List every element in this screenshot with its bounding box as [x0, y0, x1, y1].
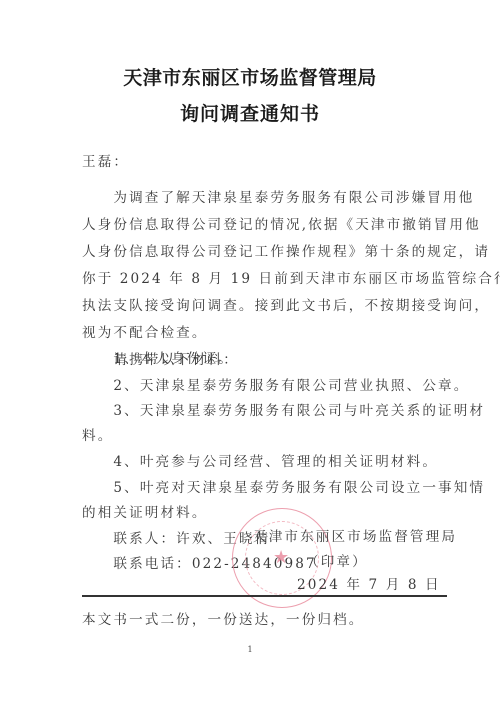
material-item: 5、叶亮对天津泉星泰劳务服务有限公司设立一事知情 [82, 476, 485, 496]
material-item: 3、天津泉星泰劳务服务有限公司与叶亮关系的证明材 [82, 399, 485, 419]
paragraph-line: 人身份信息取得公司登记的情况,依据《天津市撤销冒用他 [82, 213, 481, 233]
divider-line [82, 595, 447, 597]
material-item: 1、本人身份证。 [82, 347, 234, 367]
material-item: 料。 [82, 424, 113, 444]
document-title-notice: 询问调查通知书 [0, 99, 500, 126]
document-page: 天津市东丽区市场监督管理局 询问调查通知书 王磊： 为调查了解天津泉星泰劳务服务… [0, 0, 500, 707]
paragraph-line: 执法支队接受询问调查。接到此文书后，不按期接受询问， [82, 294, 490, 314]
signature-date: 2024 年 7 月 8 日 [297, 573, 500, 593]
paragraph-line: 人身份信息取得公司登记工作操作规程》第十条的规定，请 [82, 240, 490, 260]
star-icon: ★ [273, 547, 289, 568]
salutation: 王磊： [82, 150, 420, 170]
page-number: 1 [0, 645, 500, 654]
material-item: 4、叶亮参与公司经营、管理的相关证明材料。 [82, 450, 438, 470]
document-title-agency: 天津市东丽区市场监督管理局 [0, 63, 500, 90]
material-item: 的相关证明材料。 [82, 501, 208, 521]
material-item: 2、天津泉星泰劳务服务有限公司营业执照、公章。 [82, 374, 469, 394]
paragraph-line: 视为不配合检查。 [82, 321, 208, 341]
signature-org: 天津市东丽区市场监督管理局 [253, 525, 500, 545]
signature-seal-label: （印章） [305, 550, 500, 570]
footer-note: 本文书一式二份，一份送达，一份归档。 [82, 608, 420, 628]
paragraph-line: 你于 2024 年 8 月 19 日前到天津市东丽区市场监管综合行政 [82, 267, 500, 287]
paragraph-line: 为调查了解天津泉星泰劳务服务有限公司涉嫌冒用他 [82, 186, 474, 206]
